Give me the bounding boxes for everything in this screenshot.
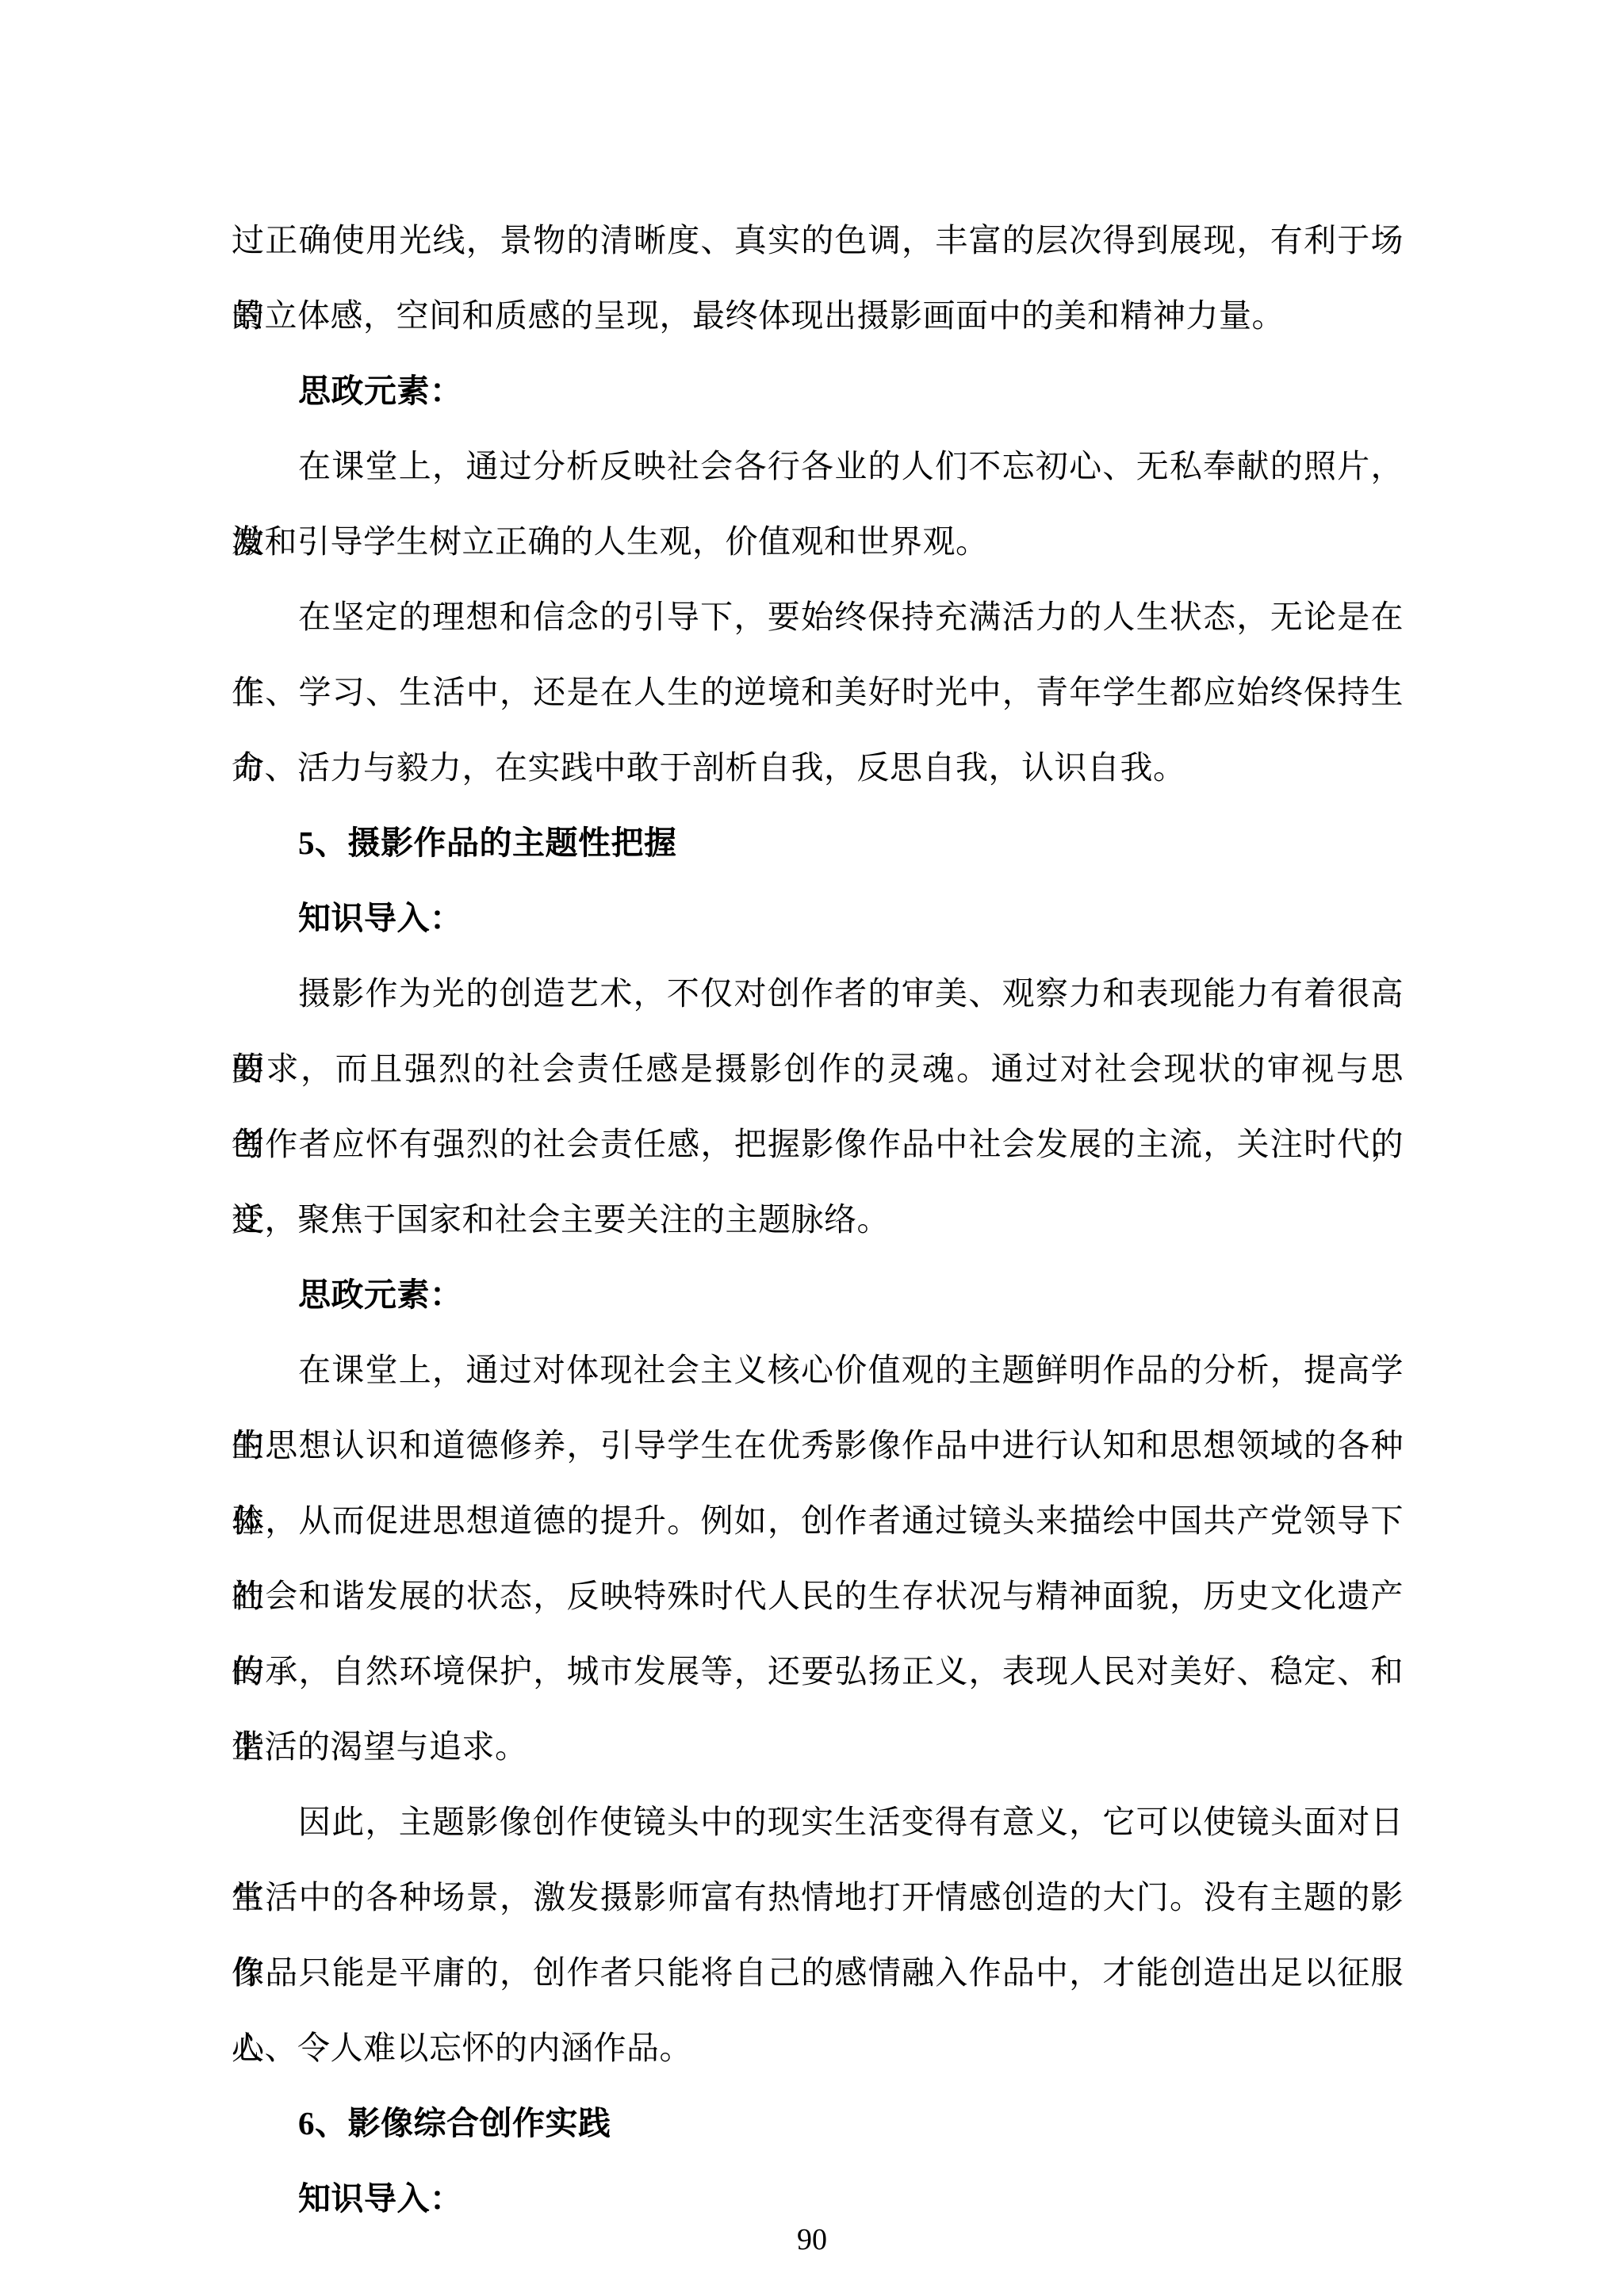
text-line: 的立体感，空间和质感的呈现，最终体现出摄影画面中的美和精神力量。 xyxy=(232,278,1404,354)
text-line: 的思想认识和道德修养，引导学生在优秀影像作品中进行认知和思想领域的各种体 xyxy=(232,1408,1404,1483)
text-line: 过正确使用光线，景物的清晰度、真实的色调，丰富的层次得到展现，有利于场景 xyxy=(232,203,1404,278)
text-line: 创作者应怀有强烈的社会责任感，把握影像作品中社会发展的主流，关注时代的变 xyxy=(232,1107,1404,1182)
text-line: 要求，而且强烈的社会责任感是摄影创作的灵魂。通过对社会现状的审视与思考， xyxy=(232,1031,1404,1107)
text-line: 发和引导学生树立正确的人生观，价值观和世界观。 xyxy=(232,504,1404,580)
text-line: 传承，自然环境保护，城市发展等，还要弘扬正义，表现人民对美好、稳定、和谐 xyxy=(232,1634,1404,1709)
text-line: 摄影作为光的创造艺术，不仅对创作者的审美、观察力和表现能力有着很高的 xyxy=(232,956,1404,1031)
text-line: 心、令人难以忘怀的内涵作品。 xyxy=(232,2011,1404,2086)
text-line: 作品只能是平庸的，创作者只能将自己的感情融入作品中，才能创造出足以征服人 xyxy=(232,1935,1404,2011)
document-page: 过正确使用光线，景物的清晰度、真实的色调，丰富的层次得到展现，有利于场景的立体感… xyxy=(0,0,1624,2296)
text-line: 思政元素： xyxy=(232,1257,1404,1333)
text-line: 知识导入： xyxy=(232,881,1404,956)
text-line: 在课堂上，通过对体现社会主义核心价值观的主题鲜明作品的分析，提高学生 xyxy=(232,1333,1404,1408)
text-line: 验，从而促进思想道德的提升。例如，创作者通过镜头来描绘中国共产党领导下的 xyxy=(232,1483,1404,1559)
text-line: 思政元素： xyxy=(232,354,1404,429)
text-line: 社会和谐发展的状态，反映特殊时代人民的生存状况与精神面貌，历史文化遗产的 xyxy=(232,1559,1404,1634)
text-line: 力、活力与毅力，在实践中敢于剖析自我，反思自我，认识自我。 xyxy=(232,730,1404,806)
page-number: 90 xyxy=(0,2220,1624,2260)
document-body: 过正确使用光线，景物的清晰度、真实的色调，丰富的层次得到展现，有利于场景的立体感… xyxy=(232,203,1404,2237)
text-line: 因此，主题影像创作使镜头中的现实生活变得有意义，它可以使镜头面对日常 xyxy=(232,1785,1404,1860)
text-line: 生活的渴望与追求。 xyxy=(232,1709,1404,1785)
text-line: 在课堂上，通过分析反映社会各行各业的人们不忘初心、无私奉献的照片，激 xyxy=(232,429,1404,504)
text-line: 5、摄影作品的主题性把握 xyxy=(232,806,1404,881)
text-line: 生活中的各种场景，激发摄影师富有热情地打开情感创造的大门。没有主题的影像 xyxy=(232,1860,1404,1935)
text-line: 作、学习、生活中，还是在人生的逆境和美好时光中，青年学生都应始终保持生命 xyxy=(232,655,1404,730)
text-line: 在坚定的理想和信念的引导下，要始终保持充满活力的人生状态，无论是在工 xyxy=(232,580,1404,655)
text-line: 6、影像综合创作实践 xyxy=(232,2086,1404,2161)
text-line: 迁，聚焦于国家和社会主要关注的主题脉络。 xyxy=(232,1182,1404,1257)
